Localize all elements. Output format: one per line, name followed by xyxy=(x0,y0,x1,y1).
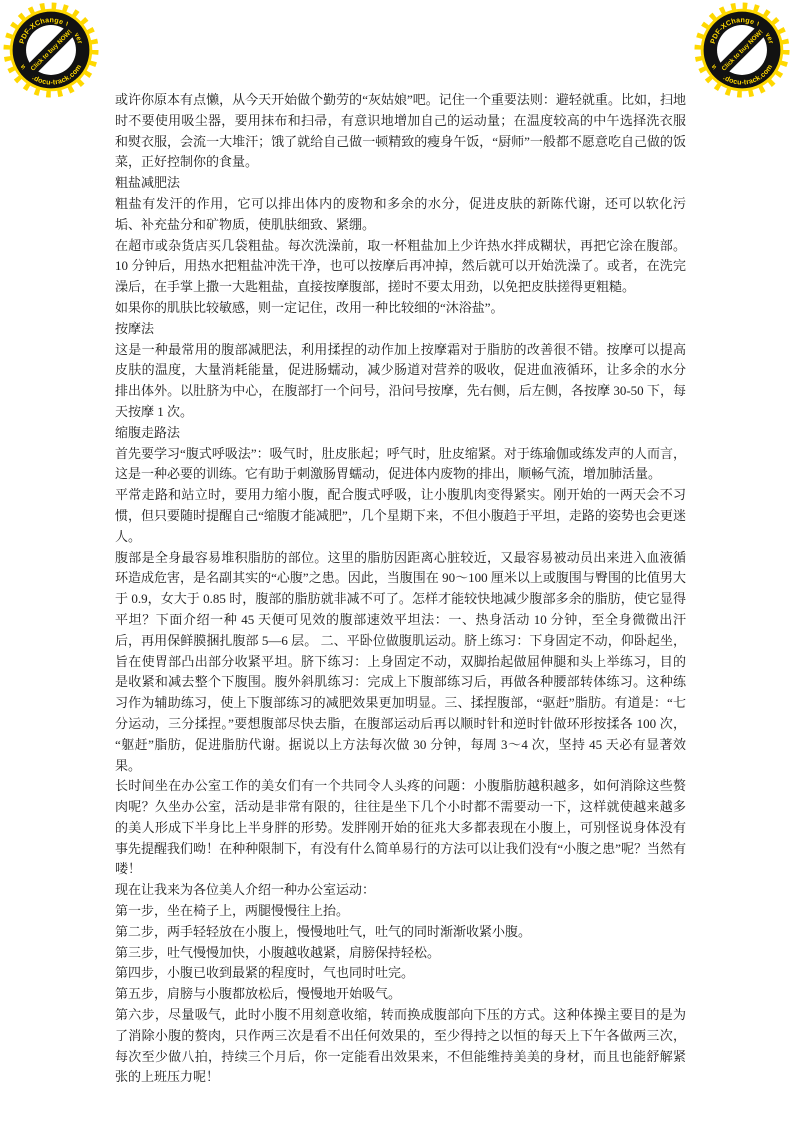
pdf-page: PDF-XChange Viewer www.docu-track.com Cl… xyxy=(0,0,793,1122)
paragraph: 第四步，小腹已收到最紧的程度时，气也同时吐完。 xyxy=(115,963,686,984)
section-heading: 缩腹走路法 xyxy=(115,423,686,444)
pdf-xchange-watermark-stamp-left[interactable]: PDF-XChange Viewer www.docu-track.com Cl… xyxy=(3,2,99,98)
paragraph: 第二步，两手轻轻放在小腹上，慢慢地吐气，吐气的同时渐渐收紧小腹。 xyxy=(115,922,686,943)
paragraph: 腹部是全身最容易堆积脂肪的部位。这里的脂肪因距离心脏较近，又最容易被动员出来进入… xyxy=(115,548,686,777)
section-heading: 按摩法 xyxy=(115,319,686,340)
paragraph: 这是一种最常用的腹部减肥法，利用揉捏的动作加上按摩霜对于脂肪的改善很不错。按摩可… xyxy=(115,340,686,423)
paragraph: 第一步，坐在椅子上，两腿慢慢往上抬。 xyxy=(115,901,686,922)
section-heading: 粗盐减肥法 xyxy=(115,173,686,194)
paragraph: 平常走路和站立时，要用力缩小腹，配合腹式呼吸，让小腹肌肉变得紧实。刚开始的一两天… xyxy=(115,485,686,547)
paragraph: 现在让我来为各位美人介绍一种办公室运动： xyxy=(115,880,686,901)
paragraph: 在超市或杂货店买几袋粗盐。每次洗澡前，取一杯粗盐加上少许热水拌成糊状，再把它涂在… xyxy=(115,236,686,298)
paragraph: 粗盐有发汗的作用，它可以排出体内的废物和多余的水分，促进皮肤的新陈代谢，还可以软… xyxy=(115,194,686,236)
paragraph: 如果你的肌肤比较敏感，则一定记住，改用一种比较细的“沐浴盐”。 xyxy=(115,298,686,319)
paragraph: 长时间坐在办公室工作的美女们有一个共同令人头疼的问题：小腹脂肪越积越多，如何消除… xyxy=(115,776,686,880)
stamp-gear-icon: PDF-XChange Viewer www.docu-track.com Cl… xyxy=(694,2,790,98)
paragraph: 首先要学习“腹式呼吸法”：吸气时，肚皮胀起；呼气时，肚皮缩紧。对于练瑜伽或练发声… xyxy=(115,444,686,486)
paragraph: 第六步，尽量吸气，此时小腹不用刻意收缩，转而换成腹部向下压的方式。这种体操主要目… xyxy=(115,1005,686,1088)
paragraph: 第三步，吐气慢慢加快，小腹越收越紧，肩膀保持轻松。 xyxy=(115,943,686,964)
paragraph: 第五步，肩膀与小腹都放松后，慢慢地开始吸气。 xyxy=(115,984,686,1005)
paragraph: 或许你原本有点懒，从今天开始做个勤劳的“灰姑娘”吧。记住一个重要法则：避轻就重。… xyxy=(115,90,686,173)
pdf-xchange-watermark-stamp-right[interactable]: PDF-XChange Viewer www.docu-track.com Cl… xyxy=(694,2,790,98)
stamp-gear-icon: PDF-XChange Viewer www.docu-track.com Cl… xyxy=(3,2,99,98)
document-text-block: 或许你原本有点懒，从今天开始做个勤劳的“灰姑娘”吧。记住一个重要法则：避轻就重。… xyxy=(115,90,686,1088)
